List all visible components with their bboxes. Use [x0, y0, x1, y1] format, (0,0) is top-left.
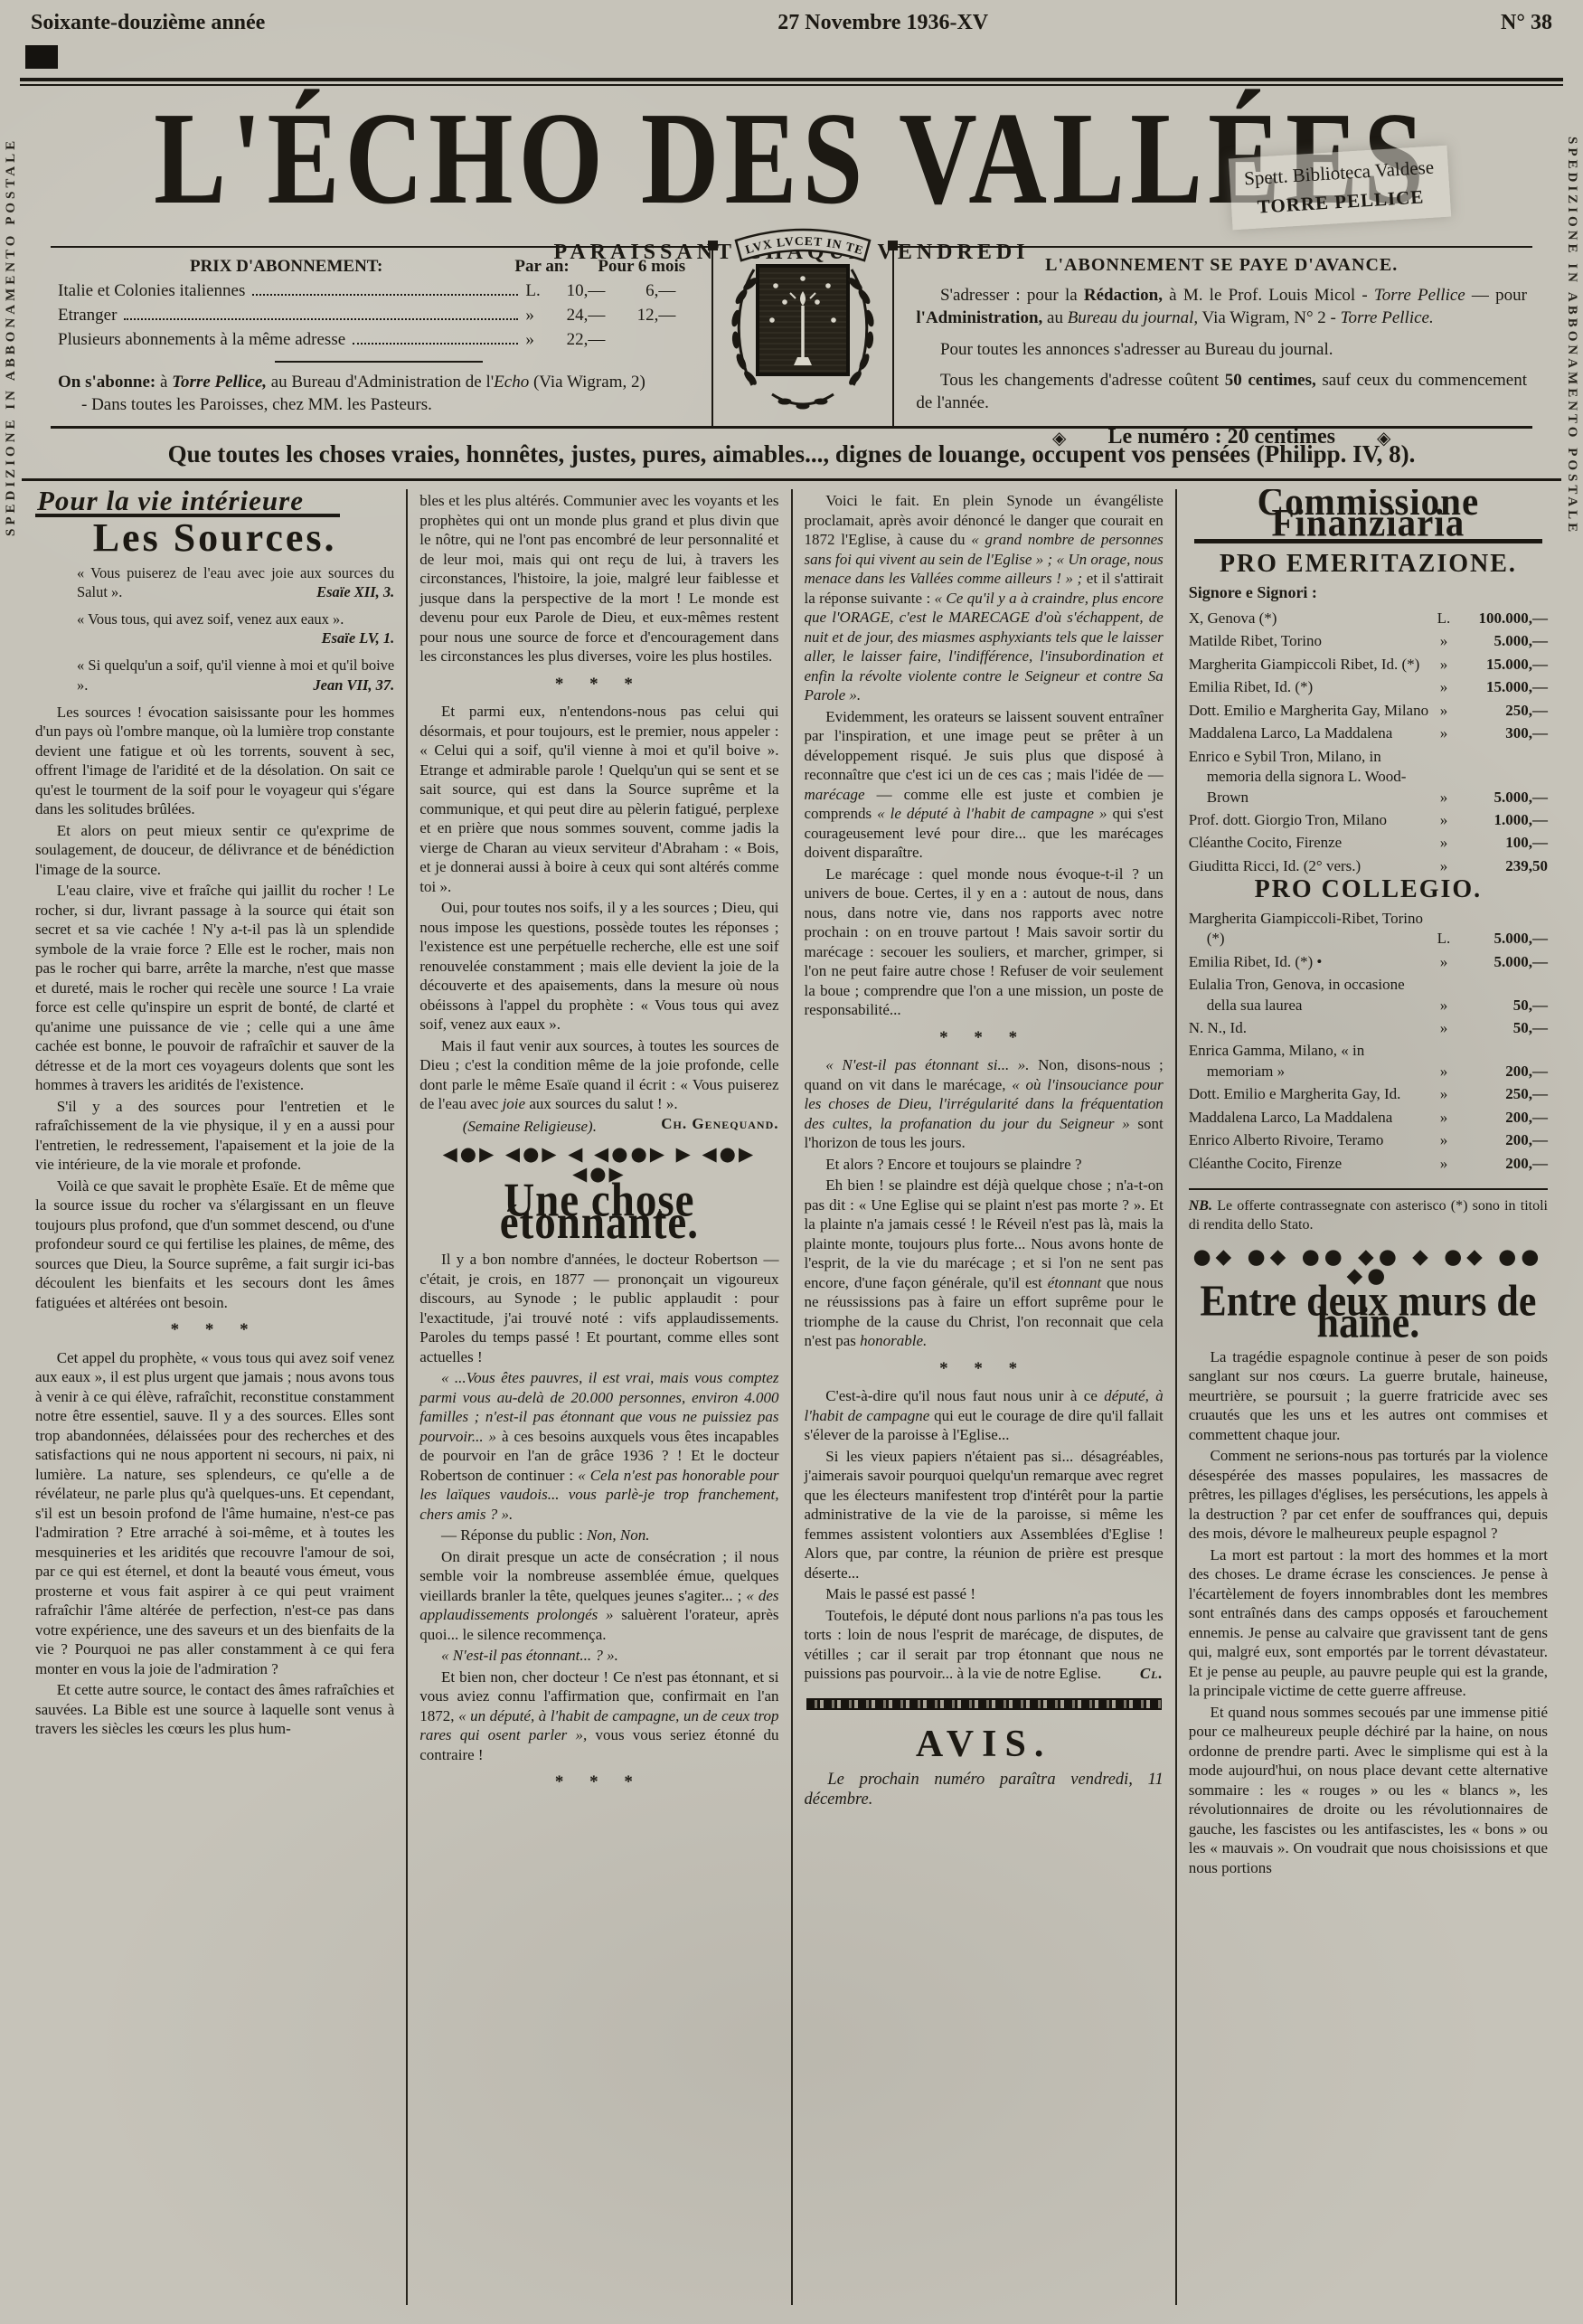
journal-name: Echo	[494, 373, 529, 392]
donor-name: Enrico Alberto Rivoire, Teramo	[1189, 1130, 1430, 1150]
donation-amount: 300,—	[1457, 723, 1548, 743]
newspaper-page: SPEDIZIONE IN ABBONAMENTO POSTALE SPEDIZ…	[0, 0, 1583, 2324]
epigraph-1: « Vous puiserez de l'eau avec joie aux s…	[77, 563, 394, 601]
word-italic: honorable.	[860, 1332, 927, 1349]
column-2: bles et les plus altérés. Communier avec…	[406, 489, 790, 2305]
donor-name: Giuditta Ricci, Id. (2° vers.)	[1189, 856, 1430, 876]
donor-name: Maddalena Larco, La Maddalena	[1189, 1108, 1430, 1128]
asterisk-separator: * * *	[805, 1359, 1164, 1379]
subscribe-note: On s'abonne: à Torre Pellice, au Bureau …	[58, 371, 699, 393]
issue-number: N° 38	[1501, 11, 1552, 35]
place-italic: Torre Pellice	[1374, 286, 1465, 305]
fifty-centimes-bold: 50 centimes,	[1225, 371, 1316, 390]
paragraph: Si les vieux papiers n'étaient pas si...…	[805, 1447, 1164, 1583]
currency-mark: »	[1430, 1018, 1457, 1038]
scripture-motto: Que toutes les choses vraies, honnêtes, …	[22, 440, 1561, 481]
price-label: Italie et Colonies italiennes	[58, 281, 245, 301]
abonnement-addresses: S'adresser : pour la Rédaction, à M. le …	[916, 284, 1527, 330]
paragraph: Mais il faut venir aux sources, à toutes…	[419, 1036, 778, 1114]
price-row-italy: Italie et Colonies italiennes L. 10,— 6,…	[58, 281, 699, 301]
donor-name: Eulalia Tron, Genova, in occasione della…	[1189, 975, 1430, 1016]
donation-amount: 5.000,—	[1457, 631, 1548, 651]
ink-stamp-mark	[25, 45, 58, 69]
pro-collegio-heading: PRO COLLEGIO.	[1189, 880, 1548, 900]
paragraph: La tragédie espagnole continue à peser d…	[1189, 1347, 1548, 1445]
paragraph: Evidemment, les orateurs se laissent sou…	[805, 707, 1164, 863]
currency-mark: L.	[1430, 609, 1457, 628]
text: au	[1042, 308, 1067, 327]
epigraph-quote: « Vous tous, qui avez soif, venez aux ea…	[77, 610, 344, 628]
donor-name: Enrica Gamma, Milano, « in memoriam »	[1189, 1041, 1430, 1082]
library-stamp: Spett. Biblioteca Valdese TORRE PELLICE	[1229, 146, 1452, 231]
donation-row: Margherita Giampiccoli Ribet, Id. (*) » …	[1189, 655, 1548, 675]
paragraph: « ...Vous êtes pauvres, il est vrai, mai…	[419, 1368, 778, 1524]
donation-amount: 5.000,—	[1457, 788, 1548, 808]
donation-row: Enrico Alberto Rivoire, Teramo » 200,—	[1189, 1130, 1548, 1150]
donation-amount: 1.000,—	[1457, 810, 1548, 830]
abonnement-title: L'ABONNEMENT SE PAYE D'AVANCE.	[916, 255, 1527, 276]
paragraph: Comment ne serions-nous pas torturés par…	[1189, 1446, 1548, 1544]
currency-mark: »	[1430, 1084, 1457, 1104]
dot-leader	[252, 283, 518, 296]
donation-amount: 15.000,—	[1457, 655, 1548, 675]
top-line: Soixante-douzième année 27 Novembre 1936…	[31, 11, 1552, 35]
paragraph: Et alors ? Encore et toujours se plaindr…	[805, 1155, 1164, 1175]
epigraph-2: « Vous tous, qui avez soif, venez aux ea…	[77, 609, 394, 647]
currency-mark: »	[1430, 833, 1457, 853]
donation-row: Emilia Ribet, Id. (*) » 15.000,—	[1189, 677, 1548, 697]
text: S'adresser : pour la	[940, 286, 1084, 305]
avis-title: AVIS.	[805, 1735, 1164, 1755]
text: — pour	[1465, 286, 1527, 305]
currency-mark: »	[1430, 952, 1457, 972]
price-label: Plusieurs abonnements à la même adresse	[58, 330, 345, 350]
text: à M. le Prof. Louis Micol -	[1163, 286, 1374, 305]
price-row-foreign: Etranger » 24,— 12,—	[58, 306, 699, 326]
donation-row: Prof. dott. Giorgio Tron, Milano » 1.000…	[1189, 810, 1548, 830]
donor-name: Prof. dott. Giorgio Tron, Milano	[1189, 810, 1430, 830]
donation-amount: 200,—	[1457, 1130, 1548, 1150]
donor-name: X, Genova (*)	[1189, 609, 1430, 628]
paragraph: Et bien non, cher docteur ! Ce n'est pas…	[419, 1667, 778, 1765]
paragraph: La mort est partout : la mort des hommes…	[1189, 1545, 1548, 1701]
kicker-wrap: Pour la vie intérieure	[35, 491, 394, 517]
text: Via Wigram, N° 2 -	[1198, 308, 1341, 327]
paragraph: « N'est-il pas étonnant si... ». Non, di…	[805, 1055, 1164, 1153]
donation-amount: 100,—	[1457, 833, 1548, 853]
currency-mark: »	[1430, 996, 1457, 1016]
currency-mark: »	[1430, 723, 1457, 743]
currency-mark: »	[525, 330, 545, 350]
asterisk-note: NB. Le offerte contrassegnate con asteri…	[1189, 1188, 1548, 1235]
donor-name: N. N., Id.	[1189, 1018, 1430, 1038]
epigraph-ref: Esaïe LV, 1.	[313, 628, 395, 647]
donor-name: Emilia Ribet, Id. (*)	[1189, 677, 1430, 697]
donation-row: Dott. Emilio e Margherita Gay, Milano » …	[1189, 701, 1548, 721]
currency-mark: »	[1430, 1062, 1457, 1082]
paragraph: Et cette autre source, le contact des âm…	[35, 1680, 394, 1739]
avis-text: Le prochain numéro paraîtra vendredi, 11…	[805, 1771, 1164, 1809]
donation-row: Eulalia Tron, Genova, in occasione della…	[1189, 975, 1548, 1016]
donation-amount: 5.000,—	[1457, 929, 1548, 949]
text: On dirait presque un acte de consécratio…	[419, 1548, 778, 1604]
paragraph: C'est-à-dire qu'il nous faut nous unir à…	[805, 1386, 1164, 1445]
currency-mark: »	[1430, 631, 1457, 651]
quote-italic: « le député à l'habit de campagne »	[877, 805, 1107, 822]
paragraph: Le marécage : quel monde nous évoque-t-i…	[805, 864, 1164, 1020]
epigraph-ref: Esaïe XII, 3.	[307, 582, 394, 601]
donor-name: Maddalena Larco, La Maddalena	[1189, 723, 1430, 743]
subscribe-note-text: au Bureau d'Administration de l'	[267, 373, 494, 392]
paragraph: Voilà ce que savait le prophète Esaïe. E…	[35, 1176, 394, 1313]
currency-mark: »	[525, 306, 545, 326]
price-label: Etranger	[58, 306, 117, 326]
text: Evidemment, les orateurs se laissent sou…	[805, 708, 1164, 784]
columns: Pour la vie intérieure Les Sources. « Vo…	[24, 489, 1559, 2305]
article4-title: Entre deux murs de haine.	[1189, 1290, 1548, 1332]
author-signature: Ch. Genequand.	[639, 1114, 778, 1134]
paragraph: Et alors on peut mieux sentir ce qu'expr…	[35, 821, 394, 880]
donation-row: X, Genova (*) L. 100.000,—	[1189, 609, 1548, 628]
issue-date: 27 Novembre 1936-XV	[777, 11, 988, 35]
donor-name: Emilia Ribet, Id. (*) •	[1189, 952, 1430, 972]
column-4: Commissione Finanziaria PRO EMERITAZIONE…	[1175, 489, 1559, 2305]
place-italic: Torre Pellice.	[1341, 308, 1434, 327]
asterisk-separator: * * *	[35, 1320, 394, 1340]
currency-mark: »	[1430, 856, 1457, 876]
administration-bold: l'Administration,	[916, 308, 1042, 327]
finance-title: Commissione Finanziaria	[1189, 492, 1548, 534]
short-rule	[275, 361, 483, 363]
currency-mark: »	[1430, 701, 1457, 721]
paragraph: Et parmi eux, n'entendons-nous pas celui…	[419, 702, 778, 896]
subscribe-note-text: à	[155, 373, 172, 392]
joie-italic: joie	[503, 1095, 526, 1112]
price-table-title: PRIX D'ABONNEMENT:	[58, 257, 514, 277]
price-year: 22,—	[545, 330, 605, 350]
currency-mark: »	[1430, 788, 1457, 808]
paragraph: On dirait presque un acte de consécratio…	[419, 1547, 778, 1645]
nb-text: Le offerte contrassegnate con asterisco …	[1189, 1198, 1548, 1233]
donor-name: Enrico e Sybil Tron, Milano, in memoria …	[1189, 747, 1430, 808]
article2-title: Une chose étonnante.	[419, 1190, 778, 1233]
text: Tous les changements d'adresse coûtent	[940, 371, 1225, 390]
donor-name: Cléanthe Cocito, Firenze	[1189, 1154, 1430, 1174]
paragraph: Les sources ! évocation saisissante pour…	[35, 703, 394, 819]
donation-row: Cléanthe Cocito, Firenze » 200,—	[1189, 1154, 1548, 1174]
donor-name: Margherita Giampiccoli-Ribet, Torino (*)	[1189, 909, 1430, 949]
col-six-months: Pour 6 mois	[598, 257, 699, 277]
donation-row: N. N., Id. » 50,—	[1189, 1018, 1548, 1038]
paragraph: Il y a bon nombre d'années, le docteur R…	[419, 1250, 778, 1366]
asterisk-separator: * * *	[419, 1772, 778, 1792]
donation-row: Maddalena Larco, La Maddalena » 200,—	[1189, 1108, 1548, 1128]
paragraph: Toutefois, le député dont nous parlions …	[805, 1606, 1164, 1684]
paragraph: Mais le passé est passé !	[805, 1584, 1164, 1604]
word-italic: étonnant	[1048, 1274, 1102, 1291]
currency-mark: »	[1430, 1154, 1457, 1174]
subscription-box: PRIX D'ABONNEMENT: Par an: Pour 6 mois I…	[51, 246, 1532, 429]
pro-collegio-list: Margherita Giampiccoli-Ribet, Torino (*)…	[1189, 909, 1548, 1174]
paragraph: Eh bien ! se plaindre est déjà quelque c…	[805, 1176, 1164, 1351]
subscription-prices: PRIX D'ABONNEMENT: Par an: Pour 6 mois I…	[51, 246, 711, 426]
article1-title: Les Sources.	[35, 528, 394, 548]
emblem-cell: LVX LVCET IN TENEBRIS	[711, 246, 894, 426]
price-half: 6,—	[605, 281, 699, 301]
epigraph-3: « Si quelqu'un a soif, qu'il vienne à mo…	[77, 656, 394, 694]
donation-amount: 100.000,—	[1457, 609, 1548, 628]
edition-year: Soixante-douzième année	[31, 11, 265, 35]
paragraph: Cet appel du prophète, « vous tous qui a…	[35, 1348, 394, 1679]
donation-amount: 200,—	[1457, 1062, 1548, 1082]
currency-mark: »	[1430, 810, 1457, 830]
donation-amount: 15.000,—	[1457, 677, 1548, 697]
annonces-note: Pour toutes les annonces s'adresser au B…	[916, 338, 1527, 361]
reply-italic: Non, Non.	[587, 1526, 649, 1544]
subscribe-note-2: - Dans toutes les Paroisses, chez MM. le…	[58, 393, 699, 416]
text: Toutefois, le député dont nous parlions …	[805, 1607, 1164, 1683]
subscription-terms: L'ABONNEMENT SE PAYE D'AVANCE. S'adresse…	[894, 246, 1532, 426]
donation-amount: 50,—	[1457, 996, 1548, 1016]
donation-amount: 50,—	[1457, 1018, 1548, 1038]
donation-row: Giuditta Ricci, Id. (2° vers.) » 239,50	[1189, 856, 1548, 876]
paragraph: Oui, pour toutes nos soifs, il y a les s…	[419, 898, 778, 1034]
currency-mark: »	[1430, 1130, 1457, 1150]
section-kicker: Pour la vie intérieure	[35, 491, 340, 517]
quote-italic: « N'est-il pas étonnant si... ».	[825, 1056, 1029, 1073]
bureau-italic: Bureau du journal,	[1068, 308, 1198, 327]
donation-row: Dott. Emilio e Margherita Gay, Id. » 250…	[1189, 1084, 1548, 1104]
donation-row: Enrica Gamma, Milano, « in memoriam » » …	[1189, 1041, 1548, 1082]
text: — Réponse du public :	[441, 1526, 587, 1544]
address-change-note: Tous les changements d'adresse coûtent 5…	[916, 369, 1527, 415]
donor-name: Cléanthe Cocito, Firenze	[1189, 833, 1430, 853]
paragraph: L'eau claire, vive et fraîche qui jailli…	[35, 881, 394, 1095]
price-row-multiple: Plusieurs abonnements à la même adresse …	[58, 330, 699, 350]
subscribe-note-text: (Via Wigram, 2)	[529, 373, 645, 392]
donation-amount: 200,—	[1457, 1154, 1548, 1174]
text: C'est-à-dire qu'il nous faut nous unir à…	[825, 1387, 1104, 1404]
epigraph-ref: Jean VII, 37.	[304, 675, 394, 694]
place-name: Torre Pellice,	[172, 373, 267, 392]
word-italic: marécage	[805, 786, 865, 803]
currency-mark: »	[1430, 1108, 1457, 1128]
price-half: 12,—	[605, 306, 699, 326]
subscribe-note-bold: On s'abonne:	[58, 373, 155, 392]
currency-mark: »	[1430, 677, 1457, 697]
donation-row: Emilia Ribet, Id. (*) • » 5.000,—	[1189, 952, 1548, 972]
currency-mark: »	[1430, 655, 1457, 675]
price-year: 10,—	[545, 281, 605, 301]
donation-amount: 250,—	[1457, 1084, 1548, 1104]
donor-name: Dott. Emilio e Margherita Gay, Milano	[1189, 701, 1430, 721]
dot-leader	[124, 307, 518, 320]
author-signature: Cl.	[1118, 1664, 1164, 1684]
dot-leader	[353, 332, 518, 345]
paragraph: Et quand nous sommes secoués par une imm…	[1189, 1703, 1548, 1878]
price-year: 24,—	[545, 306, 605, 326]
text: aux sources du salut ! ».	[525, 1095, 678, 1112]
paragraph-italic: « N'est-il pas étonnant... ? ».	[419, 1646, 778, 1666]
donation-amount: 5.000,—	[1457, 952, 1548, 972]
currency-mark: L.	[1430, 929, 1457, 949]
redaction-bold: Rédaction,	[1084, 286, 1163, 305]
asterisk-separator: * * *	[805, 1028, 1164, 1048]
paragraph: S'il y a des sources pour l'entretien et…	[35, 1097, 394, 1175]
donation-amount: 250,—	[1457, 701, 1548, 721]
paragraph: Voici le fait. En plein Synode un évangé…	[805, 491, 1164, 705]
paragraph: — Réponse du public : Non, Non.	[419, 1526, 778, 1545]
donation-row: Matilde Ribet, Torino » 5.000,—	[1189, 631, 1548, 651]
asterisk-separator: * * *	[419, 675, 778, 694]
donation-row: Cléanthe Cocito, Firenze » 100,—	[1189, 833, 1548, 853]
donation-amount: 200,—	[1457, 1108, 1548, 1128]
price-table-header: PRIX D'ABONNEMENT: Par an: Pour 6 mois	[58, 257, 699, 277]
nb-label: NB.	[1189, 1198, 1212, 1214]
column-1: Pour la vie intérieure Les Sources. « Vo…	[24, 489, 406, 2305]
column-3: Voici le fait. En plein Synode un évangé…	[791, 489, 1175, 2305]
donation-row: Enrico e Sybil Tron, Milano, in memoria …	[1189, 747, 1548, 808]
pro-emeritazione-list: X, Genova (*) L. 100.000,— Matilde Ribet…	[1189, 609, 1548, 876]
donor-name: Margherita Giampiccoli Ribet, Id. (*)	[1189, 655, 1430, 675]
paragraph-continuation: bles et les plus altérés. Communier avec…	[419, 491, 778, 666]
donation-row: Maddalena Larco, La Maddalena » 300,—	[1189, 723, 1548, 743]
donors-intro: Signore e Signori :	[1189, 583, 1548, 603]
donor-name: Dott. Emilio e Margherita Gay, Id.	[1189, 1084, 1430, 1104]
currency-mark: L.	[525, 281, 545, 301]
chain-divider	[806, 1698, 1162, 1710]
col-per-year: Par an:	[514, 257, 598, 277]
pro-emeritazione-heading: PRO EMERITAZIONE.	[1189, 554, 1548, 574]
waldensian-emblem: LVX LVCET IN TENEBRIS	[720, 213, 886, 429]
donor-name: Matilde Ribet, Torino	[1189, 631, 1430, 651]
donation-amount: 239,50	[1457, 856, 1548, 876]
donation-row: Margherita Giampiccoli-Ribet, Torino (*)…	[1189, 909, 1548, 949]
